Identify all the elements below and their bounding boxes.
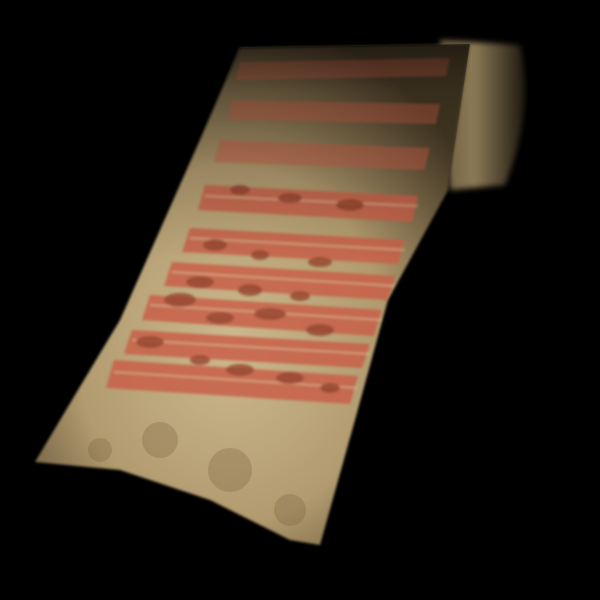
scroll-image bbox=[0, 0, 600, 600]
scroll-scene bbox=[0, 0, 600, 600]
